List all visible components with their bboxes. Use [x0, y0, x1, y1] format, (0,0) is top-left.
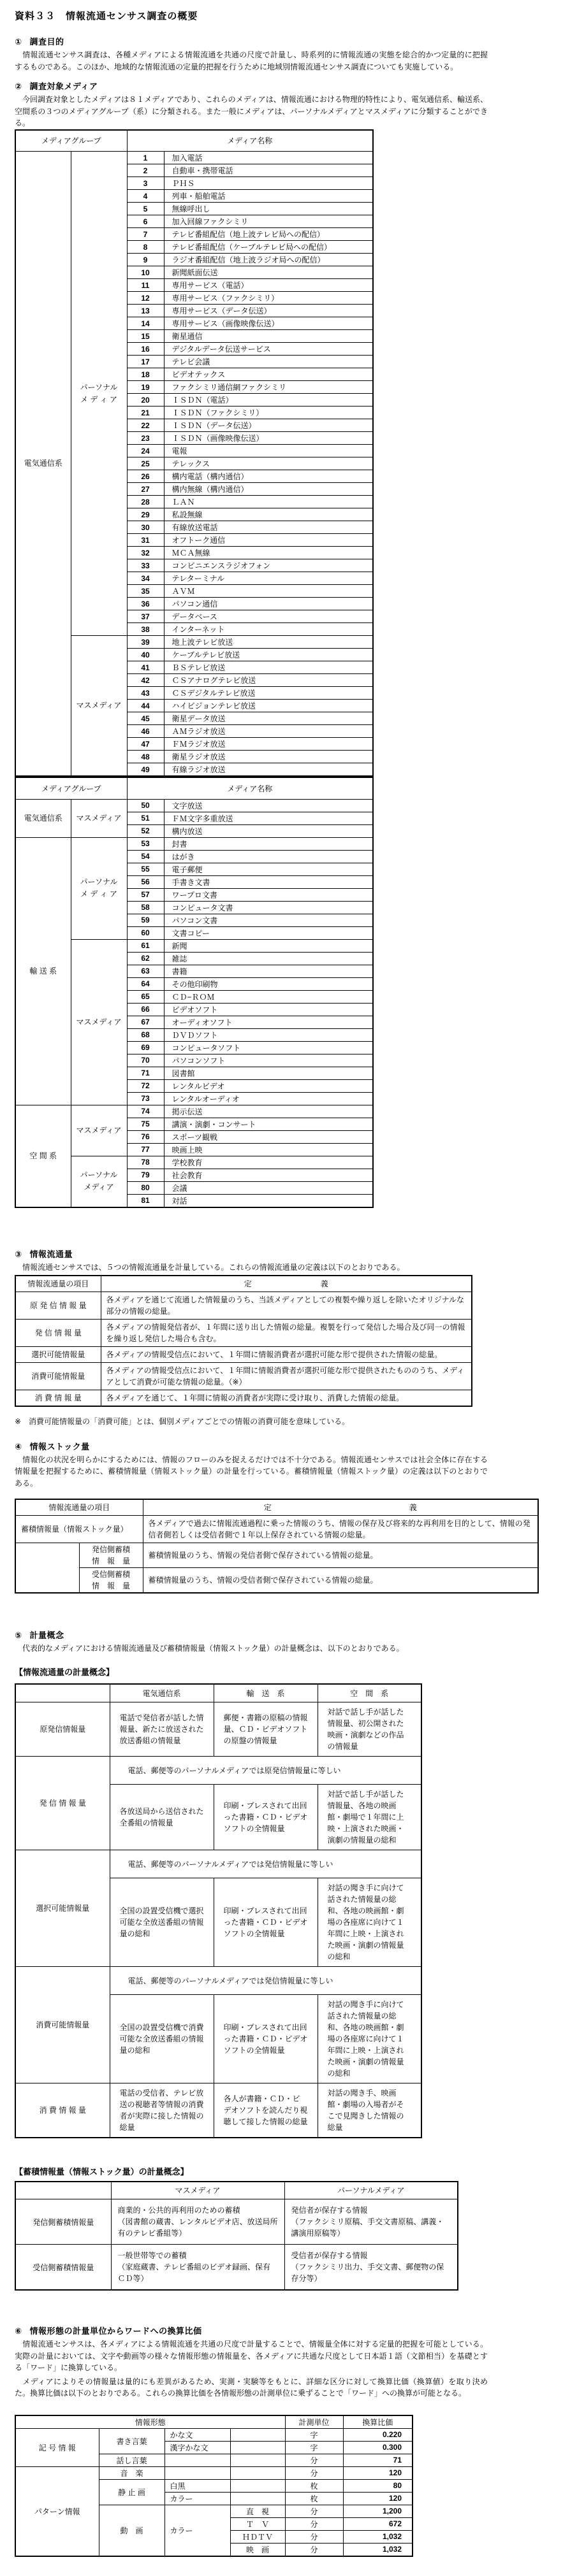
stock-concept-label: 【蓄積情報量（情報ストック量）の計量概念】 [15, 2165, 552, 2177]
media-number-cell: 69 [127, 1041, 164, 1054]
media-number-cell: 9 [127, 254, 164, 266]
media-name-header: メディア名称 [127, 777, 373, 799]
table-row: 消費可能情報量 各メディアの情報受信点において、１年間に情報消費者が選択可能な形… [15, 1362, 472, 1390]
personal-media-note-cell: 電話、郵便等のパーソナルメディアでは発信情報量に等しい [110, 1966, 421, 1994]
media-number-cell: 14 [127, 317, 164, 330]
media-name-cell: 会議 [164, 1181, 373, 1194]
media-number-cell: 5 [127, 203, 164, 215]
media-number-cell: 80 [127, 1181, 164, 1194]
media-number-cell: 12 [127, 292, 164, 305]
concept-cell: 対話で話し手が話した情報量、初公開された映画・演劇などの作品の情報量 [318, 1702, 421, 1756]
media-number-cell: 36 [127, 598, 164, 610]
media-name-cell: スポーツ観戦 [164, 1130, 373, 1143]
form-variant-cell: ＨＤＴＶ [230, 2530, 285, 2543]
form-type-cell [165, 2454, 230, 2466]
media-number-cell: 68 [127, 1028, 164, 1041]
section-6-paragraph-2: メディアによりその情報量は量的にも差異があるため、実測・実験等をもとに、詳細な区… [15, 2376, 488, 2400]
section-4-number: ④ [15, 1442, 22, 1451]
media-number-cell: 32 [127, 547, 164, 559]
concept-cell: 電話の受信者、テレビ放送の視聴者等情報の消費者が実際に接した情報の総量 [110, 2083, 214, 2138]
flow-definition-cell: 各メディアを通じて流通した情報量のうち、当該メディアとしての複製や繰り返しを除い… [101, 1292, 472, 1319]
personal-media-cell: 発信者が保存する情報 （ファクシミリ原稿、手交文書原稿、講義・講演用原稿等） [284, 2199, 458, 2245]
media-number-cell: 27 [127, 483, 164, 496]
table-header-row: メディアグループ メディア名称 [15, 777, 373, 799]
media-number-cell: 15 [127, 330, 164, 343]
flow-definition-cell: 各メディアの情報受信点において、１年間に情報消費者が選択可能な形で提供されたもの… [101, 1362, 472, 1390]
form-variant-cell: 映 画 [230, 2543, 285, 2556]
section-3-number: ③ [15, 1249, 22, 1259]
media-name-cell: 専用サービス（電話） [164, 279, 373, 292]
media-number-cell: 48 [127, 751, 164, 763]
media-number-cell: 8 [127, 241, 164, 254]
media-number-cell: 54 [127, 850, 164, 863]
media-name-cell: 講演・演劇・コンサート [164, 1118, 373, 1130]
media-number-cell: 78 [127, 1156, 164, 1169]
measurement-unit-cell: 分 [285, 2530, 343, 2543]
media-name-cell: テレビ会議 [164, 356, 373, 368]
section-5-paragraph: 代表的なメディアにおける情報流通量及び蓄積情報量（情報ストック量）の計量概念は、… [15, 1643, 488, 1655]
section-2-number: ② [15, 82, 22, 91]
media-number-cell: 20 [127, 394, 164, 407]
table-row: パターン情報音 楽分120 [15, 2466, 413, 2479]
concept-cell: 各放送局から送信された全番組の情報量 [110, 1784, 214, 1850]
media-number-cell: 62 [127, 952, 164, 965]
media-table-2: メディアグループ メディア名称 電気通信系マスメディア50文字放送51ＦＭ文字多… [15, 777, 374, 1208]
media-number-cell: 51 [127, 812, 164, 824]
media-number-cell: 25 [127, 457, 164, 470]
media-name-cell: 社会教育 [164, 1169, 373, 1181]
media-number-cell: 11 [127, 279, 164, 292]
media-number-cell: 17 [127, 356, 164, 368]
media-name-cell: パソコンソフト [164, 1054, 373, 1067]
media-number-cell: 42 [127, 674, 164, 687]
measurement-unit-cell: 分 [285, 2466, 343, 2479]
media-number-cell: 70 [127, 1054, 164, 1067]
section-3-title: 情報流通量 [30, 1249, 73, 1259]
table-header-row: 情報流通量の項目 定 義 [15, 1276, 472, 1292]
media-number-cell: 44 [127, 700, 164, 712]
conversion-rate-cell: 120 [343, 2492, 413, 2505]
media-name-cell: 映画上映 [164, 1143, 373, 1156]
media-name-cell: 対話 [164, 1194, 373, 1207]
media-group-cell: 空 間 系 [15, 1105, 71, 1207]
conversion-rate-cell: 0.300 [343, 2441, 413, 2454]
media-number-cell: 45 [127, 712, 164, 725]
section-2-title: 調査対象メディア [30, 82, 98, 91]
media-number-cell: 19 [127, 381, 164, 394]
section-1-heading: ①調査目的 [15, 35, 552, 47]
media-number-cell: 18 [127, 368, 164, 381]
concept-cell: 対話の聞き手に向けて話された情報量の総和、各地の映画館・劇場の各座席に向けて１年… [318, 1878, 421, 1966]
media-number-cell: 53 [127, 837, 164, 850]
form-variant-cell [230, 2466, 285, 2479]
media-number-cell: 10 [127, 266, 164, 279]
media-number-cell: 63 [127, 965, 164, 977]
flow-item-cell: 原 発 信 情 報 量 [15, 1292, 101, 1319]
media-number-cell: 37 [127, 610, 164, 623]
empty-header-cell [15, 2182, 111, 2199]
space-group-header: 空 間 系 [318, 1684, 421, 1702]
table-row: 空 間 系マスメディア74掲示伝送 [15, 1105, 373, 1118]
table-header-row: 電気通信系 輸 送 系 空 間 系 [15, 1684, 421, 1702]
media-name-cell: 新聞 [164, 939, 373, 952]
media-name-cell: その他印刷物 [164, 977, 373, 990]
media-name-cell: 衛星ラジオ放送 [164, 751, 373, 763]
measurement-unit-cell: 分 [285, 2543, 343, 2556]
stock-subitem-cell: 発信側蓄積 情 報 量 [79, 1543, 143, 1567]
conversion-rate-cell: 1,032 [343, 2530, 413, 2543]
flow-concept-label: 【情報流通量の計量概念】 [15, 1666, 552, 1678]
media-name-cell: ＣＤ−ＲＯＭ [164, 990, 373, 1003]
media-name-cell: 地上波テレビ放送 [164, 636, 373, 649]
media-name-cell: 無線呼出し [164, 203, 373, 215]
form-subcategory-cell: 話し言葉 [99, 2454, 165, 2466]
stock-item-cell: 蓄積情報量（情報ストック量） [15, 1515, 143, 1543]
flow-item-cell: 消費可能情報量 [15, 1362, 101, 1390]
media-name-cell: ビデオテックス [164, 368, 373, 381]
table-header-row: 情報流通量の項目 定 義 [15, 1499, 538, 1515]
media-name-cell: 文字放送 [164, 799, 373, 812]
measurement-unit-cell: 字 [285, 2441, 343, 2454]
media-name-cell: レンタルビデオ [164, 1079, 373, 1092]
media-name-cell: ＩＳＤＮ（画像映像伝送） [164, 432, 373, 445]
table-row: 発 信 情 報 量 各メディアの情報発信者が、１年間に送り出した情報の総量。複製… [15, 1319, 472, 1346]
media-name-cell: 封書 [164, 837, 373, 850]
measurement-unit-header: 計測単位 [285, 2415, 343, 2429]
table-row: 原発信情報量電話で発信者が話した情報量、新たに放送された放送番組の情報量郵便・書… [15, 1702, 421, 1756]
section-5-number: ⑤ [15, 1630, 22, 1640]
stock-subitem-cell: 受信側蓄積 情 報 量 [79, 1567, 143, 1593]
measurement-unit-cell: 分 [285, 2517, 343, 2530]
personal-media-note-cell: 電話、郵便等のパーソナルメディアでは発信情報量に等しい [110, 1850, 421, 1878]
table-row: 発信側蓄積情報量 商業的・公共的再利用のための蓄積 （図書館の蔵書、レンタルビデ… [15, 2199, 458, 2245]
media-subgroup-cell: パーソナル メ デ ィ ア [71, 152, 127, 636]
media-number-cell: 47 [127, 738, 164, 751]
conversion-rate-cell: 0.220 [343, 2428, 413, 2441]
media-subgroup-cell: マスメディア [71, 799, 127, 837]
media-name-cell: ＢＳテレビ放送 [164, 661, 373, 674]
table-row: 輸 送 系パーソナル メ デ ィ ア53封書 [15, 837, 373, 850]
media-group-cell: 電気通信系 [15, 152, 71, 777]
form-variant-cell [230, 2454, 285, 2466]
flow-item-cell: 発 信 情 報 量 [15, 1319, 101, 1346]
media-name-cell: ＤＶＤソフト [164, 1028, 373, 1041]
stock-item-header: 情報流通量の項目 [15, 1499, 143, 1515]
media-number-cell: 59 [127, 914, 164, 926]
media-number-cell: 6 [127, 215, 164, 228]
table-row: 選択可能情報量電話、郵便等のパーソナルメディアでは発信情報量に等しい [15, 1850, 421, 1878]
media-name-cell: 列車・船舶電話 [164, 190, 373, 203]
conversion-rate-cell: 672 [343, 2517, 413, 2530]
section-3-heading: ③情報流通量 [15, 1248, 552, 1260]
media-name-cell: ビデオソフト [164, 1003, 373, 1016]
media-name-cell: ＡＭラジオ放送 [164, 725, 373, 738]
media-name-cell: テレターミナル [164, 572, 373, 585]
form-category-cell: パターン情報 [15, 2466, 99, 2556]
stock-definition-cell: 蓄積情報量のうち、情報の受信者側で保存されている情報の総量。 [143, 1567, 538, 1593]
form-type-cell: 漢字かな文 [165, 2441, 230, 2454]
stock-definition-header: 定 義 [143, 1499, 538, 1515]
section-5-heading: ⑤計量概念 [15, 1629, 552, 1641]
conversion-rate-header: 換算比価 [343, 2415, 413, 2429]
table-row: 受信側蓄積情報量 一般世帯等での蓄積 （家庭蔵書、テレビ番組のビデオ録画、保有Ｃ… [15, 2245, 458, 2291]
conversion-rate-cell: 1,032 [343, 2543, 413, 2556]
media-name-cell: 電報 [164, 445, 373, 457]
table-row: 発信側蓄積 情 報 量 蓄積情報量のうち、情報の発信者側で保存されている情報の総… [15, 1543, 538, 1567]
conversion-rate-cell: 80 [343, 2479, 413, 2492]
media-number-cell: 4 [127, 190, 164, 203]
concept-cell: 全国の設置受信機で消費可能な全放送番組の情報量の総和 [110, 1994, 214, 2083]
table-row: 消 費 情 報 量 各メディアを通じて、１年間に情報の消費者が実際に受け取り、消… [15, 1390, 472, 1406]
media-name-cell: ラジオ番組配信（地上波ラジオ局への配信） [164, 254, 373, 266]
media-number-cell: 1 [127, 152, 164, 164]
media-number-cell: 81 [127, 1194, 164, 1207]
form-type-cell: かな文 [165, 2428, 230, 2441]
media-name-cell: コンピュータ文書 [164, 901, 373, 914]
stock-empty-cell [15, 1543, 79, 1593]
information-flow-definition-table: 情報流通量の項目 定 義 原 発 信 情 報 量 各メディアを通じて流通した情報… [15, 1275, 472, 1407]
form-variant-cell: 直 視 [230, 2505, 285, 2517]
flow-item-cell: 選択可能情報量 [15, 1346, 101, 1362]
form-type-cell: カラー [165, 2492, 230, 2505]
media-name-cell: 図書館 [164, 1067, 373, 1079]
media-name-cell: 専用サービス（データ伝送） [164, 305, 373, 317]
flow-item-header: 情報流通量の項目 [15, 1276, 101, 1292]
concept-cell: 対話で話し手が話した情報量、各地の映画館・劇場で１年間に上映・上演された映画・演… [318, 1784, 421, 1850]
stock-definition-cell: 蓄積情報量のうち、情報の発信者側で保存されている情報の総量。 [143, 1543, 538, 1567]
media-name-cell: 学校教育 [164, 1156, 373, 1169]
personal-media-note-cell: 電話、郵便等のパーソナルメディアでは原発信情報量に等しい [110, 1756, 421, 1784]
mass-media-header: マスメディア [111, 2182, 284, 2199]
section-3-paragraph: 情報流通センサスでは、５つの情報流通量を計量している。これらの情報流通量の定義は… [15, 1262, 488, 1274]
media-number-cell: 66 [127, 1003, 164, 1016]
media-name-cell: 専用サービス（画像映像伝送） [164, 317, 373, 330]
section-1-number: ① [15, 37, 22, 47]
section-2-heading: ②調査対象メディア [15, 80, 552, 92]
table-header-row: メディアグループ メディア名称 [15, 130, 373, 152]
media-name-cell: 自動車・携帯電話 [164, 164, 373, 177]
media-subgroup-cell: パーソナル メディア [71, 1156, 127, 1207]
flow-item-cell: 消 費 情 報 量 [15, 1390, 101, 1406]
media-name-cell: 専用サービス（ファクシミリ） [164, 292, 373, 305]
table-row: 記 号 情 報書き言葉かな文字0.220 [15, 2428, 413, 2441]
concept-cell: 全国の設置受信機で選択可能な全放送番組の情報量の総和 [110, 1878, 214, 1966]
media-number-cell: 74 [127, 1105, 164, 1118]
concept-cell: 印刷・プレスされて出回った書籍・ＣＤ・ビデオソフトの全情報量 [214, 1784, 318, 1850]
media-number-cell: 22 [127, 419, 164, 432]
media-name-cell: ＭＣＡ無線 [164, 547, 373, 559]
media-subgroup-cell: マスメディア [71, 636, 127, 777]
media-name-cell: はがき [164, 850, 373, 863]
conversion-rate-table: 情報形態 計測単位 換算比価 記 号 情 報書き言葉かな文字0.220漢字かな文… [15, 2415, 413, 2557]
flow-concept-item-cell: 消 費 情 報 量 [15, 2083, 110, 2138]
media-name-cell: 衛星データ放送 [164, 712, 373, 725]
mass-media-cell: 一般世帯等での蓄積 （家庭蔵書、テレビ番組のビデオ録画、保有ＣＤ等） [111, 2245, 284, 2291]
media-number-cell: 71 [127, 1067, 164, 1079]
media-group-header: メディアグループ [15, 777, 127, 799]
telecom-group-header: 電気通信系 [110, 1684, 214, 1702]
footnote: ※ 消費可能情報量の「消費可能」とは、個別メディアごとでの情報の消費可能を意味し… [15, 1416, 552, 1427]
stock-concept-item-cell: 受信側蓄積情報量 [15, 2245, 111, 2291]
media-name-cell: ＡＶＭ [164, 585, 373, 598]
media-number-cell: 57 [127, 888, 164, 901]
personal-media-cell: 受信者が保存する情報 （ファクシミリ出力、手交文書、郵便物の保存分等） [284, 2245, 458, 2291]
media-name-cell: 文書コピー [164, 926, 373, 939]
form-subcategory-cell: 書き言葉 [99, 2428, 165, 2454]
measurement-unit-cell: 分 [285, 2505, 343, 2517]
form-type-cell: 白黒 [165, 2479, 230, 2492]
concept-cell: 各人が書籍・ＣＤ・ビデオソフトを読んだり視聴して接した情報の総量 [214, 2083, 318, 2138]
media-name-cell: ワープロ文書 [164, 888, 373, 901]
media-number-cell: 34 [127, 572, 164, 585]
form-type-cell [165, 2466, 230, 2479]
form-variant-cell [230, 2428, 285, 2441]
document-page: 資料３３ 情報流通センサス調査の概要 ①調査目的 情報流通センサス調査は、各種メ… [0, 0, 563, 2576]
media-number-cell: 2 [127, 164, 164, 177]
conversion-rate-cell: 71 [343, 2454, 413, 2466]
media-name-cell: ＩＳＤＮ（ファクシミリ） [164, 407, 373, 419]
media-name-cell: ＬＡＮ [164, 496, 373, 508]
media-table-1: メディアグループ メディア名称 電気通信系パーソナル メ デ ィ ア1加入電話2… [15, 129, 374, 777]
media-number-cell: 16 [127, 343, 164, 356]
stock-definition-table: 情報流通量の項目 定 義 蓄積情報量（情報ストック量） 各メディアで過去に情報流… [15, 1499, 539, 1594]
media-name-cell: ＣＳデジタルテレビ放送 [164, 687, 373, 700]
media-number-cell: 52 [127, 824, 164, 837]
media-subgroup-cell: マスメディア [71, 1105, 127, 1156]
media-name-cell: 電子郵便 [164, 863, 373, 875]
media-name-cell: 私設無線 [164, 508, 373, 521]
media-number-cell: 43 [127, 687, 164, 700]
media-name-cell: 書籍 [164, 965, 373, 977]
table-row: 消費可能情報量電話、郵便等のパーソナルメディアでは発信情報量に等しい [15, 1966, 421, 1994]
media-group-cell: 電気通信系 [15, 799, 71, 837]
media-name-cell: 加入回線ファクシミリ [164, 215, 373, 228]
measurement-unit-cell: 枚 [285, 2492, 343, 2505]
conversion-rate-cell: 1,200 [343, 2505, 413, 2517]
media-name-cell: 構内電話（構内通信） [164, 470, 373, 483]
media-name-cell: ＣＳアナログテレビ放送 [164, 674, 373, 687]
flow-definition-cell: 各メディアを通じて、１年間に情報の消費者が実際に受け取り、消費した情報の総量。 [101, 1390, 472, 1406]
section-4-heading: ④情報ストック量 [15, 1440, 552, 1452]
media-number-cell: 35 [127, 585, 164, 598]
media-number-cell: 41 [127, 661, 164, 674]
measurement-unit-cell: 分 [285, 2454, 343, 2466]
empty-header-cell [15, 1684, 110, 1702]
media-name-cell: 掲示伝送 [164, 1105, 373, 1118]
concept-cell: 対話の聞き手に向けて話された情報量の総和、各地の映画館・劇場の各座席に向けて１年… [318, 1994, 421, 2083]
media-name-cell: パソコン通信 [164, 598, 373, 610]
measurement-unit-cell: 字 [285, 2428, 343, 2441]
section-1-paragraph: 情報流通センサス調査は、各種メディアによる情報流通を共通の尺度で計量し、時系列的… [15, 49, 488, 73]
form-variant-cell [230, 2479, 285, 2492]
section-2-paragraph: 今回調査対象としたメディアは８１メディアであり、これらのメディアは、情報流通にお… [15, 94, 488, 129]
conversion-rate-cell: 120 [343, 2466, 413, 2479]
concept-cell: 対話の聞き手、映画館・劇場の入場者がそこで見聞きした情報の総量 [318, 2083, 421, 2138]
media-group-cell: 輸 送 系 [15, 837, 71, 1105]
form-variant-cell [230, 2441, 285, 2454]
table-row: 選択可能情報量 各メディアの情報受信点において、１年間に情報消費者が選択可能な形… [15, 1346, 472, 1362]
table-header-row: 情報形態 計測単位 換算比価 [15, 2415, 413, 2429]
media-name-cell: レンタルオーディオ [164, 1092, 373, 1105]
table-row: 電気通信系マスメディア50文字放送 [15, 799, 373, 812]
media-name-cell: 衛星通信 [164, 330, 373, 343]
flow-concept-item-cell: 選択可能情報量 [15, 1850, 110, 1966]
media-name-cell: インターネット [164, 623, 373, 636]
media-number-cell: 65 [127, 990, 164, 1003]
section-4-paragraph: 情報化の状況を明らかにするためには、情報のフローのみを捉えるだけでは不十分である… [15, 1454, 488, 1490]
media-number-cell: 46 [127, 725, 164, 738]
table-row: 消 費 情 報 量電話の受信者、テレビ放送の視聴者等情報の消費者が実際に接した情… [15, 2083, 421, 2138]
media-name-cell: コンピュータソフト [164, 1041, 373, 1054]
concept-cell: 電話で発信者が話した情報量、新たに放送された放送番組の情報量 [110, 1702, 214, 1756]
media-name-cell: パソコン文書 [164, 914, 373, 926]
media-number-cell: 55 [127, 863, 164, 875]
media-group-header: メディアグループ [15, 130, 127, 152]
stock-concept-table: マスメディア パーソナルメディア 発信側蓄積情報量 商業的・公共的再利用のための… [15, 2181, 458, 2291]
flow-concept-item-cell: 消費可能情報量 [15, 1966, 110, 2083]
media-number-cell: 40 [127, 649, 164, 661]
flow-concept-table: 電気通信系 輸 送 系 空 間 系 原発信情報量電話で発信者が話した情報量、新た… [15, 1683, 422, 2138]
measurement-unit-cell: 枚 [285, 2479, 343, 2492]
media-number-cell: 76 [127, 1130, 164, 1143]
stock-concept-item-cell: 発信側蓄積情報量 [15, 2199, 111, 2245]
section-6-paragraph-1: 情報流通センサスは、各メディアによる情報流通を共通の尺度で計量することで、情報量… [15, 2338, 488, 2374]
table-row: 原 発 信 情 報 量 各メディアを通じて流通した情報量のうち、当該メディアとし… [15, 1292, 472, 1319]
document-title: 資料３３ 情報流通センサス調査の概要 [15, 9, 552, 22]
media-number-cell: 50 [127, 799, 164, 812]
media-name-cell: ＩＳＤＮ（データ伝送） [164, 419, 373, 432]
media-name-cell: 有線ラジオ放送 [164, 763, 373, 777]
media-number-cell: 79 [127, 1169, 164, 1181]
flow-concept-item-cell: 発 信 情 報 量 [15, 1756, 110, 1850]
media-number-cell: 30 [127, 521, 164, 534]
personal-media-header: パーソナルメディア [284, 2182, 458, 2199]
section-6-heading: ⑥情報形態の計量単位からワードへの換算比価 [15, 2324, 552, 2336]
flow-definition-cell: 各メディアの情報受信点において、１年間に情報消費者が選択可能な形で提供された情報… [101, 1346, 472, 1362]
section-6-title: 情報形態の計量単位からワードへの換算比価 [30, 2326, 202, 2336]
media-name-cell: 有線放送電話 [164, 521, 373, 534]
table-header-row: マスメディア パーソナルメディア [15, 2182, 458, 2199]
media-name-cell: 手書き文書 [164, 875, 373, 888]
media-number-cell: 73 [127, 1092, 164, 1105]
form-category-cell: 記 号 情 報 [15, 2428, 99, 2466]
media-name-cell: ＦＭ文字多重放送 [164, 812, 373, 824]
transport-group-header: 輸 送 系 [214, 1684, 318, 1702]
form-type-cell: カラー [165, 2505, 230, 2556]
media-name-cell: ＦＭラジオ放送 [164, 738, 373, 751]
media-name-cell: コンビニエンスラジオフォン [164, 559, 373, 572]
media-name-cell: 加入電話 [164, 152, 373, 164]
media-number-cell: 23 [127, 432, 164, 445]
media-number-cell: 39 [127, 636, 164, 649]
media-name-cell: オーディオソフト [164, 1016, 373, 1028]
media-number-cell: 28 [127, 496, 164, 508]
media-number-cell: 61 [127, 939, 164, 952]
concept-cell: 印刷・プレスされて出回った書籍・ＣＤ・ビデオソフトの全情報量 [214, 1994, 318, 2083]
information-form-header: 情報形態 [15, 2415, 285, 2429]
flow-definition-header: 定 義 [101, 1276, 472, 1292]
form-variant-cell [230, 2492, 285, 2505]
media-name-cell: テレビ番組配信（地上波テレビ局への配信） [164, 228, 373, 241]
media-name-header: メディア名称 [127, 130, 373, 152]
media-subgroup-cell: マスメディア [71, 939, 127, 1105]
media-name-cell: デジタルデータ伝送サービス [164, 343, 373, 356]
media-name-cell: ケーブルテレビ放送 [164, 649, 373, 661]
media-name-cell: 新聞紙面伝送 [164, 266, 373, 279]
media-number-cell: 77 [127, 1143, 164, 1156]
flow-definition-cell: 各メディアの情報発信者が、１年間に送り出した情報の総量。複製を行って発信した場合… [101, 1319, 472, 1346]
media-number-cell: 58 [127, 901, 164, 914]
